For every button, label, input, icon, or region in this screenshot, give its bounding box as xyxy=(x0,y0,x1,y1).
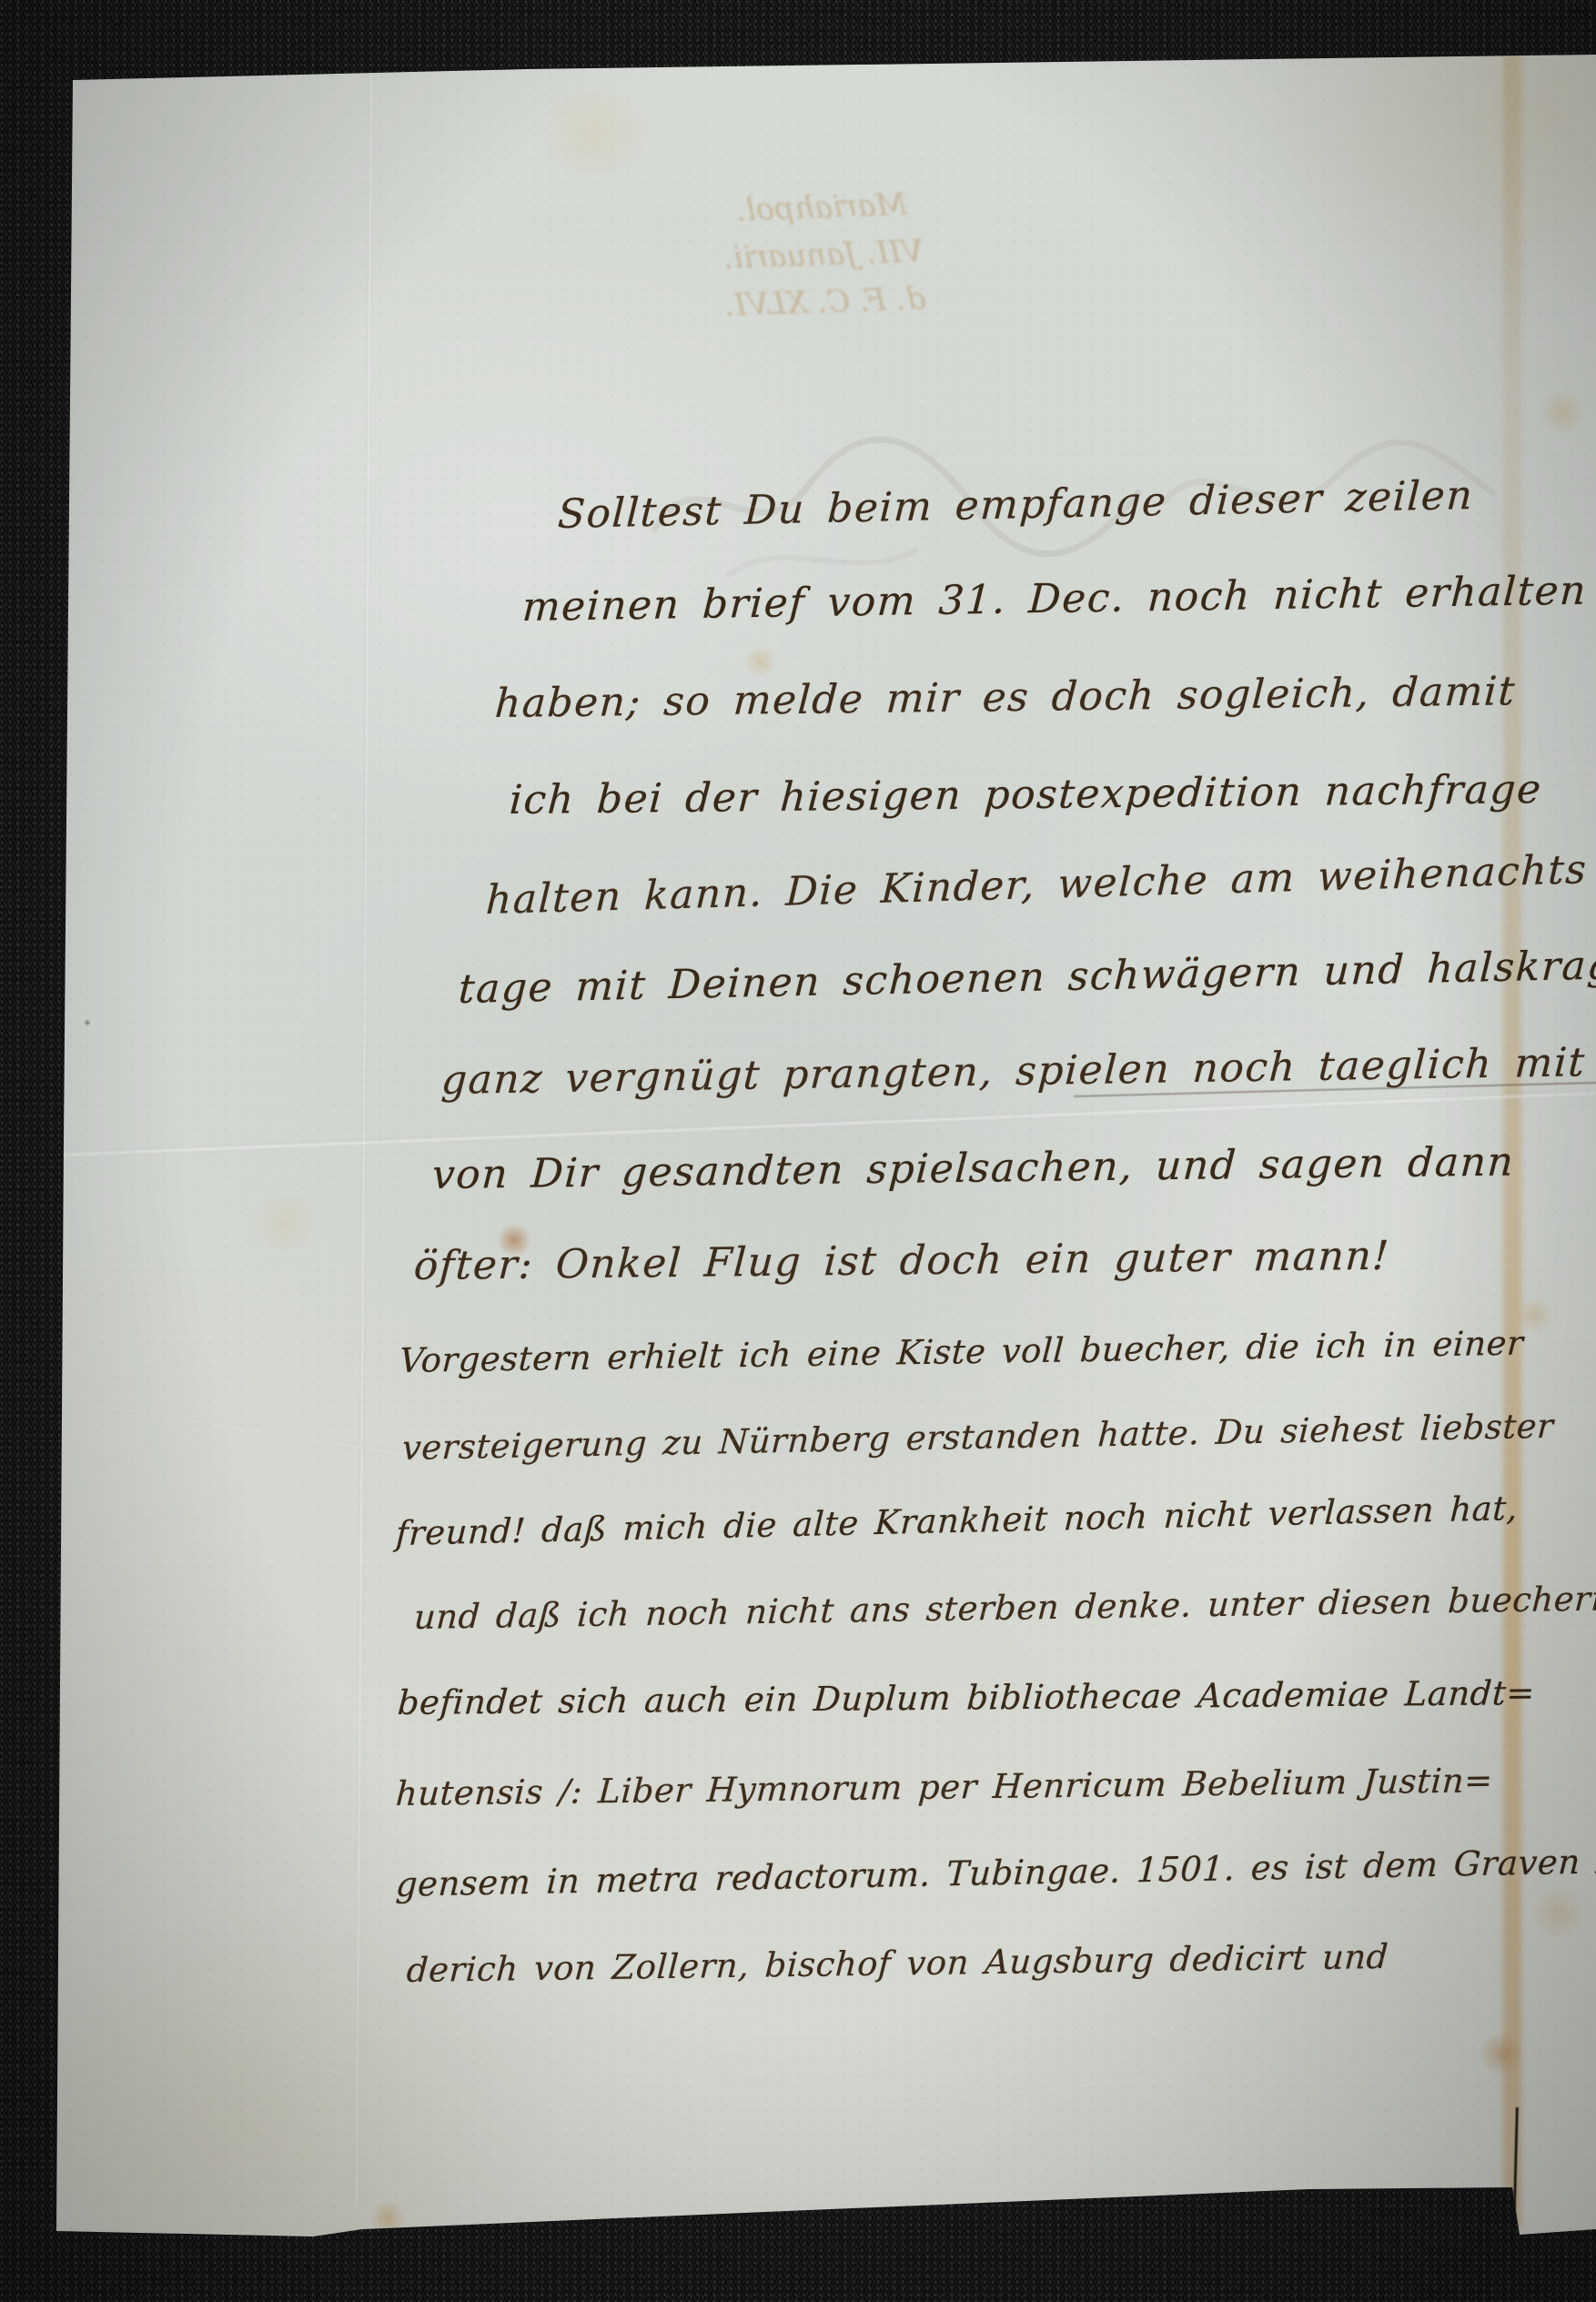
foxing-spot xyxy=(1538,391,1587,433)
handwriting-line-6: tage mit Deinen schoenen schwägern und h… xyxy=(458,941,1596,1013)
handwriting-line-10: Vorgestern erhielt ich eine Kiste voll b… xyxy=(399,1324,1525,1380)
handwriting-line-13: und daß ich noch nicht ans sterben denke… xyxy=(413,1579,1596,1637)
dark-fleck xyxy=(84,1019,91,1026)
handwriting-line-14: befindet sich auch ein Duplum bibliothec… xyxy=(397,1673,1537,1722)
handwriting-line-9: öfter: Onkel Flug ist doch ein guter man… xyxy=(412,1233,1391,1289)
handwriting-line-12: freund! daß mich die alte Krankheit noch… xyxy=(395,1489,1519,1553)
handwriting-line-8: von Dir gesandten spielsachen, und sagen… xyxy=(431,1138,1516,1198)
handwriting-line-17: derich von Zollern, bischof von Augsburg… xyxy=(406,1937,1389,1990)
foxing-spot xyxy=(1529,1887,1587,1938)
handwriting-line-15: hutensis /: Liber Hymnorum per Henricum … xyxy=(395,1761,1494,1813)
handwriting-line-11: versteigerung zu Nürnberg erstanden hatt… xyxy=(401,1407,1554,1468)
photo-backdrop-fabric: Mariahpol. VII. Januarii. d. F. C. XLVI.… xyxy=(0,0,1596,2302)
handwriting-line-7: ganz vergnügt prangten, spielen noch tae… xyxy=(440,1037,1596,1104)
corner-crease xyxy=(106,1969,374,2091)
handwriting-line-3: haben; so melde mir es doch sogleich, da… xyxy=(494,668,1518,727)
foxing-spot xyxy=(368,2202,408,2235)
handwriting-line-5: halten kann. Die Kinder, welche am weihe… xyxy=(485,846,1589,924)
bottom-crease xyxy=(872,2077,1144,2109)
foxing-spot xyxy=(526,91,662,173)
foxing-spot xyxy=(742,646,779,677)
handwriting-line-16: gensem in metra redactorum. Tubingae. 15… xyxy=(395,1841,1596,1904)
foxing-spot xyxy=(244,1196,326,1250)
show-through-stamp: Mariahpol. VII. Januarii. d. F. C. XLVI. xyxy=(692,179,954,330)
letter-page: Mariahpol. VII. Januarii. d. F. C. XLVI.… xyxy=(53,49,1596,2236)
handwriting-line-4: ich bei der hiesigen postexpedition nach… xyxy=(508,766,1543,823)
show-through-stamp-line: d. F. C. XLVI. xyxy=(696,274,955,330)
